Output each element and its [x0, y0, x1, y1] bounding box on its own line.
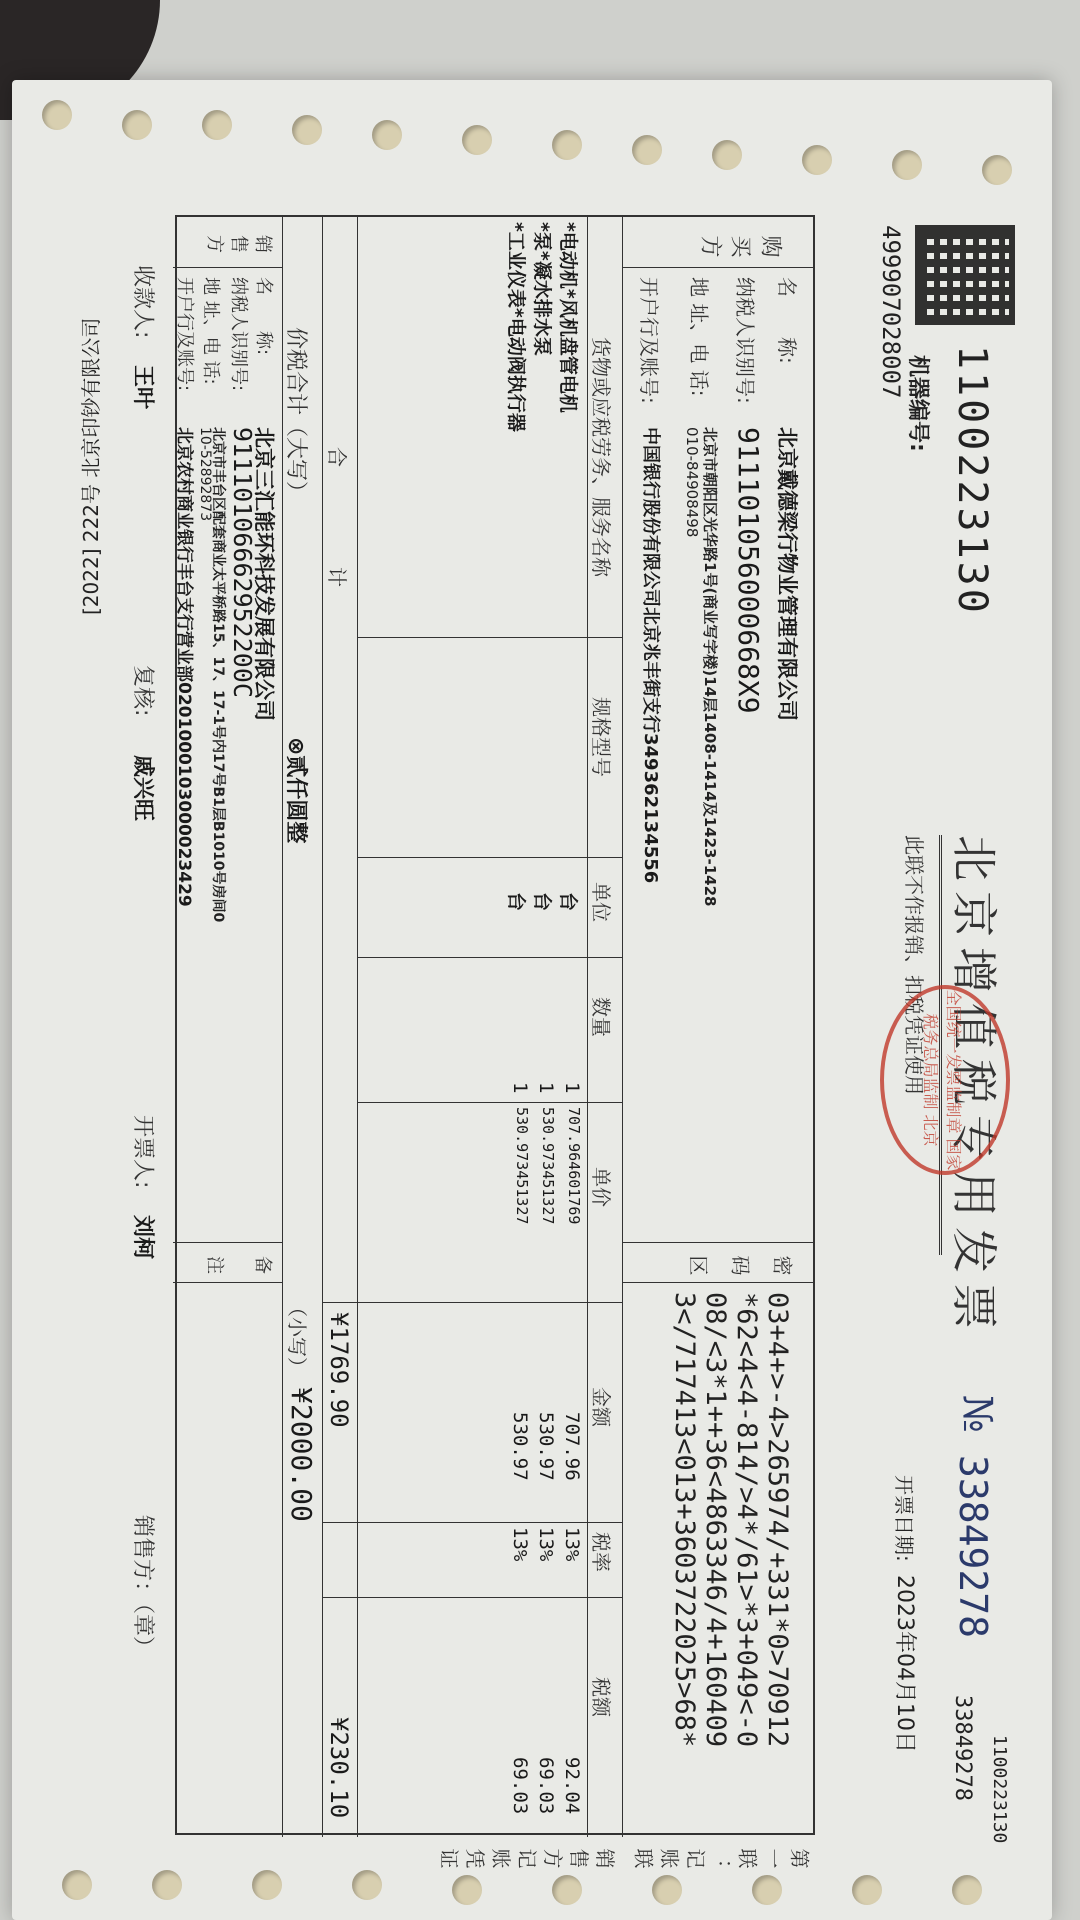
- item-tax: 69.03: [535, 1757, 557, 1814]
- item-qty: 1: [561, 1082, 583, 1093]
- column-header: 货物或应税劳务、服务名称: [588, 337, 617, 577]
- item-rate: 13%: [561, 1527, 583, 1561]
- feed-hole: [462, 125, 492, 155]
- feed-hole: [632, 135, 662, 165]
- buyer-bank-label: 开户行及账号:: [636, 277, 665, 404]
- grand-total-value: ¥2000.00: [285, 1387, 318, 1522]
- invoice-number-small: 33849278: [950, 1695, 975, 1801]
- buyer-tax-label: 纳税人识别号:: [732, 277, 761, 404]
- date-label: 开票日期:: [891, 1475, 920, 1562]
- grand-total-uppercase: ⊗贰仟圆整: [282, 737, 313, 843]
- item-amount: 530.97: [535, 1412, 557, 1481]
- column-header: 单价: [588, 1167, 617, 1207]
- item-qty: 1: [535, 1082, 557, 1093]
- reviewer: 戚兴旺: [129, 755, 160, 821]
- seller-bank-label: 开户行及账号:: [173, 277, 199, 391]
- feed-hole: [122, 110, 152, 140]
- feed-hole: [452, 1875, 482, 1905]
- feed-hole: [852, 1875, 882, 1905]
- issuer-label: 开票人:: [129, 1115, 160, 1188]
- feed-hole: [712, 140, 742, 170]
- seller-phone: 10-52892873: [197, 427, 213, 521]
- buyer-address: 北京市朝阳区光华路1号(商业写字楼)14层1408-1414及1423-1428: [700, 427, 721, 906]
- column-header: 税率: [588, 1532, 617, 1572]
- item-tax: 92.04: [561, 1757, 583, 1814]
- official-stamp: 全国统一发票监制章 国家税务总局监制 北京: [880, 985, 1010, 1175]
- feed-hole: [202, 110, 232, 140]
- grand-total-small-label: （小写）: [284, 1297, 313, 1377]
- feed-hole: [292, 115, 322, 145]
- number-prefix: №: [954, 1395, 1000, 1433]
- item-unit: 台: [556, 892, 583, 911]
- reviewer-label: 复核:: [129, 665, 160, 716]
- item-price: 530.973451327: [513, 1107, 531, 1224]
- feed-hole: [892, 150, 922, 180]
- feed-hole: [552, 1875, 582, 1905]
- item-price: 707.964601769: [565, 1107, 583, 1224]
- buyer-phone: 010-84908498: [683, 427, 701, 537]
- item-qty: 1: [509, 1082, 531, 1093]
- vat-invoice: 1100223130 机器编号: 499907028007 北京增值税专用发票 …: [70, 215, 1030, 1875]
- buyer-bank: 中国银行股份有限公司北京兆丰街支行349362134556: [639, 427, 665, 883]
- item-rate: 13%: [509, 1527, 531, 1561]
- column-header: 税额: [588, 1677, 617, 1717]
- payee-label: 收款人:: [129, 265, 160, 338]
- seller-section-label: 销售方: [201, 229, 273, 255]
- item-price: 530.973451327: [539, 1107, 557, 1224]
- seller-name-label: 名 称:: [252, 277, 278, 355]
- invoice-date: 2023年04月10日: [891, 1575, 922, 1753]
- item-tax: 69.03: [509, 1757, 531, 1814]
- seller-seal-label: 销售方：（章）: [129, 1515, 160, 1658]
- column-header: 数量: [588, 997, 617, 1037]
- item-name: *工业仪表*电动阀执行器: [504, 222, 531, 432]
- item-name: *电动机*风机盘管电机: [556, 222, 583, 413]
- total-label: 合 计: [324, 447, 353, 591]
- machine-label: 机器编号:: [904, 355, 935, 452]
- invoice-code: 1100223130: [949, 345, 995, 616]
- issuer: 刘柯: [129, 1215, 160, 1259]
- feed-hole: [372, 120, 402, 150]
- feed-hole: [982, 155, 1012, 185]
- total-amount: ¥1769.90: [325, 1312, 353, 1428]
- item-unit: 台: [530, 892, 557, 911]
- remark-label: 备注: [177, 1250, 273, 1276]
- seller-address-label: 地 址、电 话:: [199, 277, 225, 385]
- feed-hole: [802, 145, 832, 175]
- feed-hole: [952, 1875, 982, 1905]
- copy-label: 第一联：记账联 销售方记账凭证: [170, 1843, 810, 1872]
- invoice-number: 33849278: [951, 1455, 995, 1638]
- feed-hole: [552, 130, 582, 160]
- machine-number: 499907028007: [877, 225, 905, 398]
- feed-hole: [752, 1875, 782, 1905]
- item-rate: 13%: [535, 1527, 557, 1561]
- feed-hole: [42, 100, 72, 130]
- buyer-tax-id: 911101056000668X9: [732, 427, 765, 714]
- grand-total-label: 价税合计（大写）: [282, 327, 313, 503]
- seller-bank: 北京农村商业银行丰台支行营业部0201000103000023429: [174, 427, 199, 907]
- feed-hole: [652, 1875, 682, 1905]
- item-unit: 台: [504, 892, 531, 911]
- item-amount: 530.97: [509, 1412, 531, 1481]
- seller-tax-label: 纳税人识别号:: [227, 277, 253, 391]
- item-amount: 707.96: [561, 1412, 583, 1481]
- column-header: 规格型号: [588, 697, 617, 777]
- qr-code: [915, 225, 1015, 325]
- column-header: 金额: [588, 1387, 617, 1427]
- column-header: 单位: [588, 882, 617, 922]
- cipher-label: 密码区: [667, 1250, 793, 1279]
- cipher-area: 03+4+>-4>265974/+331*0>70912 *62<4<4-814…: [669, 1292, 793, 1747]
- invoice-table: 购买方 名 称: 北京戴德梁行物业管理有限公司 纳税人识别号: 91110105…: [175, 215, 815, 1835]
- item-name: *泵*凝水排水泵: [530, 222, 557, 356]
- buyer-address-label: 地 址、电 话:: [686, 277, 715, 396]
- buyer-name: 北京戴德梁行物业管理有限公司: [773, 427, 803, 721]
- buyer-section-label: 购买方: [693, 229, 783, 260]
- printer-imprint: [2022] 222号 北京印钞有限公司: [75, 215, 104, 615]
- seller-tax-id: 91110106662952200C: [228, 427, 257, 698]
- buyer-name-label: 名 称:: [774, 277, 803, 364]
- payee: 王叶: [129, 365, 160, 409]
- invoice-code-small: 1100223130: [989, 1735, 1010, 1843]
- total-tax: ¥230.10: [325, 1717, 353, 1818]
